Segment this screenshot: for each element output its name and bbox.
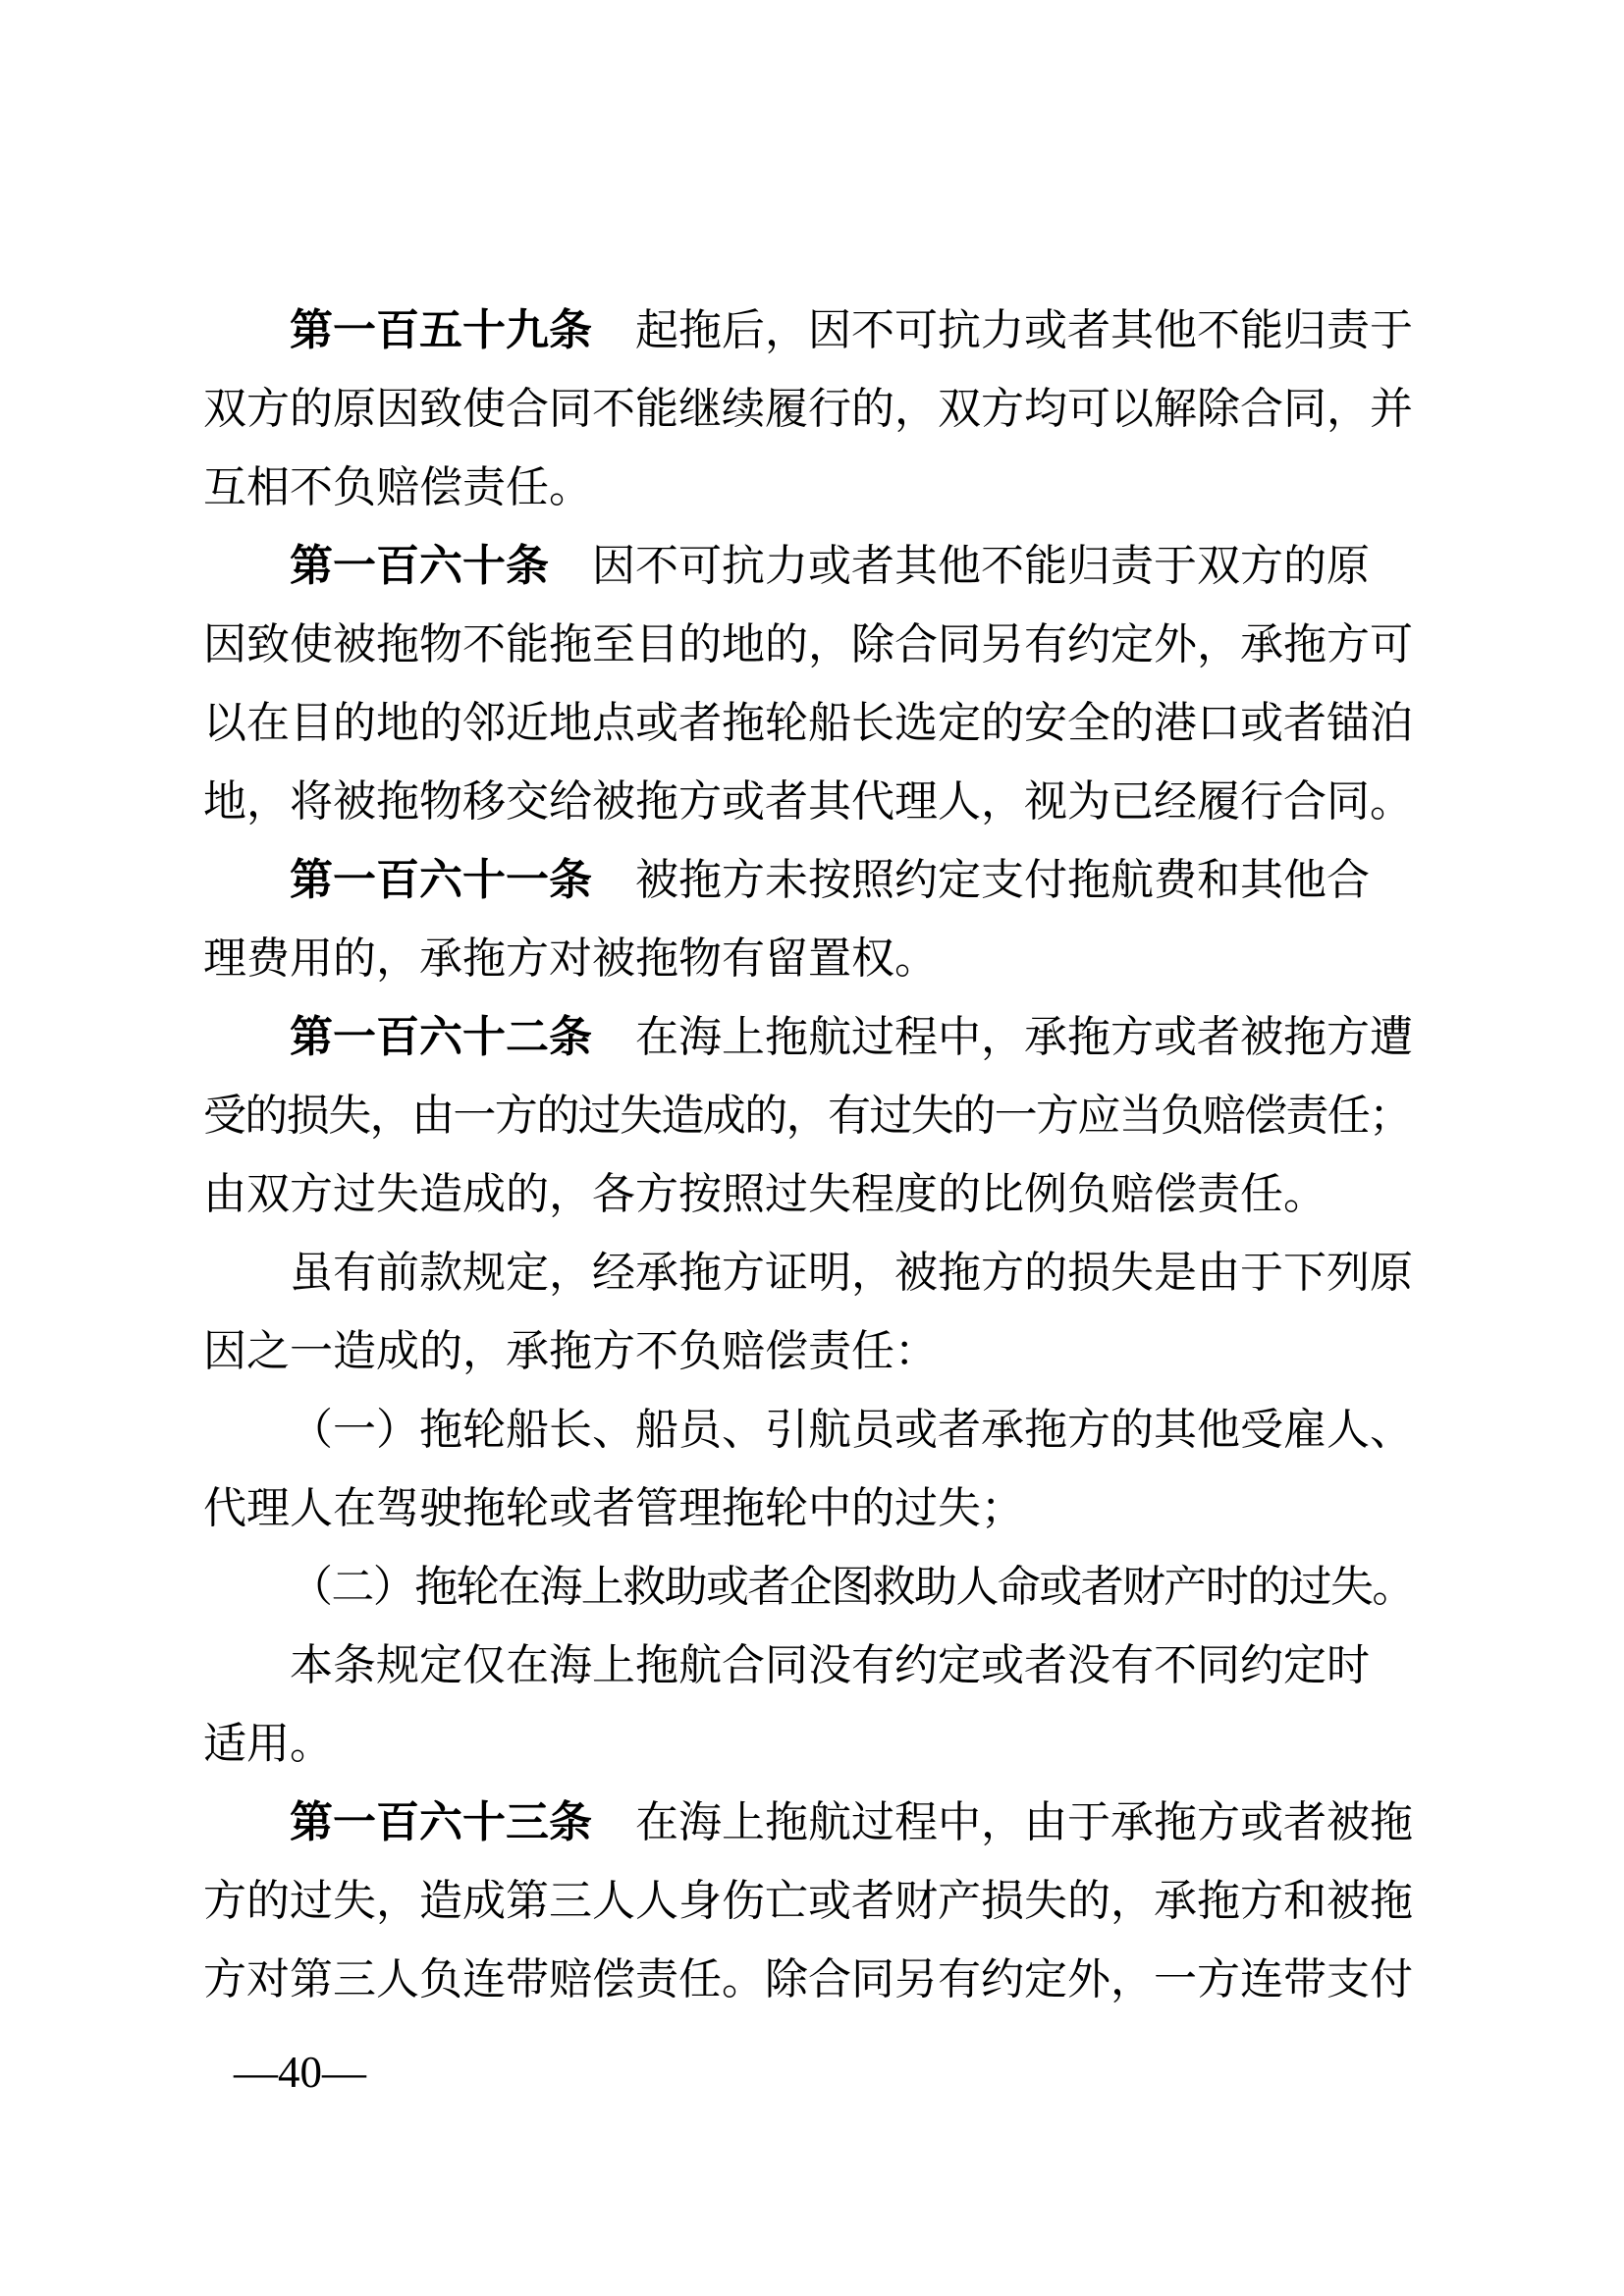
text-line: 方的过失，造成第三人人身伤亡或者财产损失的，承拖方和被拖 [203,1862,1421,1941]
line-text: 因之一造成的，承拖方不负赔偿责任： [203,1327,938,1375]
line-text: 代理人在驾驶拖轮或者管理拖轮中的过失； [203,1484,1024,1532]
text-line: 第一百五十九条 起拖后，因不可抗力或者其他不能归责于 [203,292,1421,370]
article-number: 第一百五十九条 [290,306,592,354]
line-text: 适用。 [203,1720,333,1768]
text-line: 方对第三人负连带赔偿责任。除合同另有约定外，一方连带支付 [203,1941,1421,2019]
article-number: 第一百六十一条 [290,856,592,904]
article-number: 第一百六十条 [290,542,549,590]
text-line: 虽有前款规定，经承拖方证明，被拖方的损失是由于下列原 [203,1234,1421,1312]
line-text: 因不可抗力或者其他不能归责于双方的原 [549,542,1370,590]
document-body: 第一百五十九条 起拖后，因不可抗力或者其他不能归责于双方的原因致使合同不能继续履… [203,292,1421,2019]
article-number: 第一百六十二条 [290,1013,592,1061]
text-line: 地，将被拖物移交给被拖方或者其代理人，视为已经履行合同。 [203,763,1421,841]
line-text: 由双方过失造成的，各方按照过失程度的比例负赔偿责任。 [203,1170,1326,1218]
line-text: 因致使被拖物不能拖至目的地的，除合同另有约定外，承拖方可 [203,620,1413,668]
text-line: 本条规定仅在海上拖航合同没有约定或者没有不同约定时 [203,1627,1421,1705]
line-text: 虽有前款规定，经承拖方证明，被拖方的损失是由于下列原 [290,1249,1413,1297]
line-text: 本条规定仅在海上拖航合同没有约定或者没有不同约定时 [290,1641,1370,1689]
text-line: （二）拖轮在海上救助或者企图救助人命或者财产时的过失。 [203,1548,1421,1627]
line-text: 受的损失，由一方的过失造成的，有过失的一方应当负赔偿责任； [203,1092,1411,1140]
line-text: （二）拖轮在海上救助或者企图救助人命或者财产时的过失。 [290,1563,1414,1611]
text-line: 因之一造成的，承拖方不负赔偿责任： [203,1312,1421,1391]
text-line: 第一百六十二条 在海上拖航过程中，承拖方或者被拖方遭 [203,998,1421,1077]
line-text: 方对第三人负连带赔偿责任。除合同另有约定外，一方连带支付 [203,1955,1413,2003]
line-text: 在海上拖航过程中，承拖方或者被拖方遭 [592,1013,1413,1061]
line-text: 在海上拖航过程中，由于承拖方或者被拖 [592,1798,1413,1846]
text-line: 理费用的，承拖方对被拖物有留置权。 [203,920,1421,998]
line-text: 互相不负赔偿责任。 [203,463,592,511]
text-line: 第一百六十三条 在海上拖航过程中，由于承拖方或者被拖 [203,1784,1421,1862]
text-line: 以在目的地的邻近地点或者拖轮船长选定的安全的港口或者锚泊 [203,684,1421,763]
text-line: 适用。 [203,1705,1421,1784]
text-line: 第一百六十一条 被拖方未按照约定支付拖航费和其他合 [203,841,1421,920]
text-line: 由双方过失造成的，各方按照过失程度的比例负赔偿责任。 [203,1155,1421,1234]
line-text: （一）拖轮船长、船员、引航员或者承拖方的其他受雇人、 [290,1406,1413,1454]
document-page: 第一百五十九条 起拖后，因不可抗力或者其他不能归责于双方的原因致使合同不能继续履… [0,0,1624,2296]
article-number: 第一百六十三条 [290,1798,592,1846]
text-line: 因致使被拖物不能拖至目的地的，除合同另有约定外，承拖方可 [203,606,1421,684]
text-line: 受的损失，由一方的过失造成的，有过失的一方应当负赔偿责任； [203,1077,1421,1155]
line-text: 被拖方未按照约定支付拖航费和其他合 [592,856,1370,904]
text-line: （一）拖轮船长、船员、引航员或者承拖方的其他受雇人、 [203,1391,1421,1469]
line-text: 地，将被拖物移交给被拖方或者其代理人，视为已经履行合同。 [203,777,1413,826]
line-text: 理费用的，承拖方对被拖物有留置权。 [203,934,938,983]
text-line: 第一百六十条 因不可抗力或者其他不能归责于双方的原 [203,527,1421,606]
text-line: 代理人在驾驶拖轮或者管理拖轮中的过失； [203,1469,1421,1548]
line-text: 起拖后，因不可抗力或者其他不能归责于 [592,306,1413,354]
text-line: 双方的原因致使合同不能继续履行的，双方均可以解除合同，并 [203,370,1421,449]
line-text: 双方的原因致使合同不能继续履行的，双方均可以解除合同，并 [203,385,1413,433]
text-line: 互相不负赔偿责任。 [203,449,1421,527]
line-text: 以在目的地的邻近地点或者拖轮船长选定的安全的港口或者锚泊 [203,699,1413,747]
page-number: —40— [234,2045,366,2100]
line-text: 方的过失，造成第三人人身伤亡或者财产损失的，承拖方和被拖 [203,1877,1413,1925]
